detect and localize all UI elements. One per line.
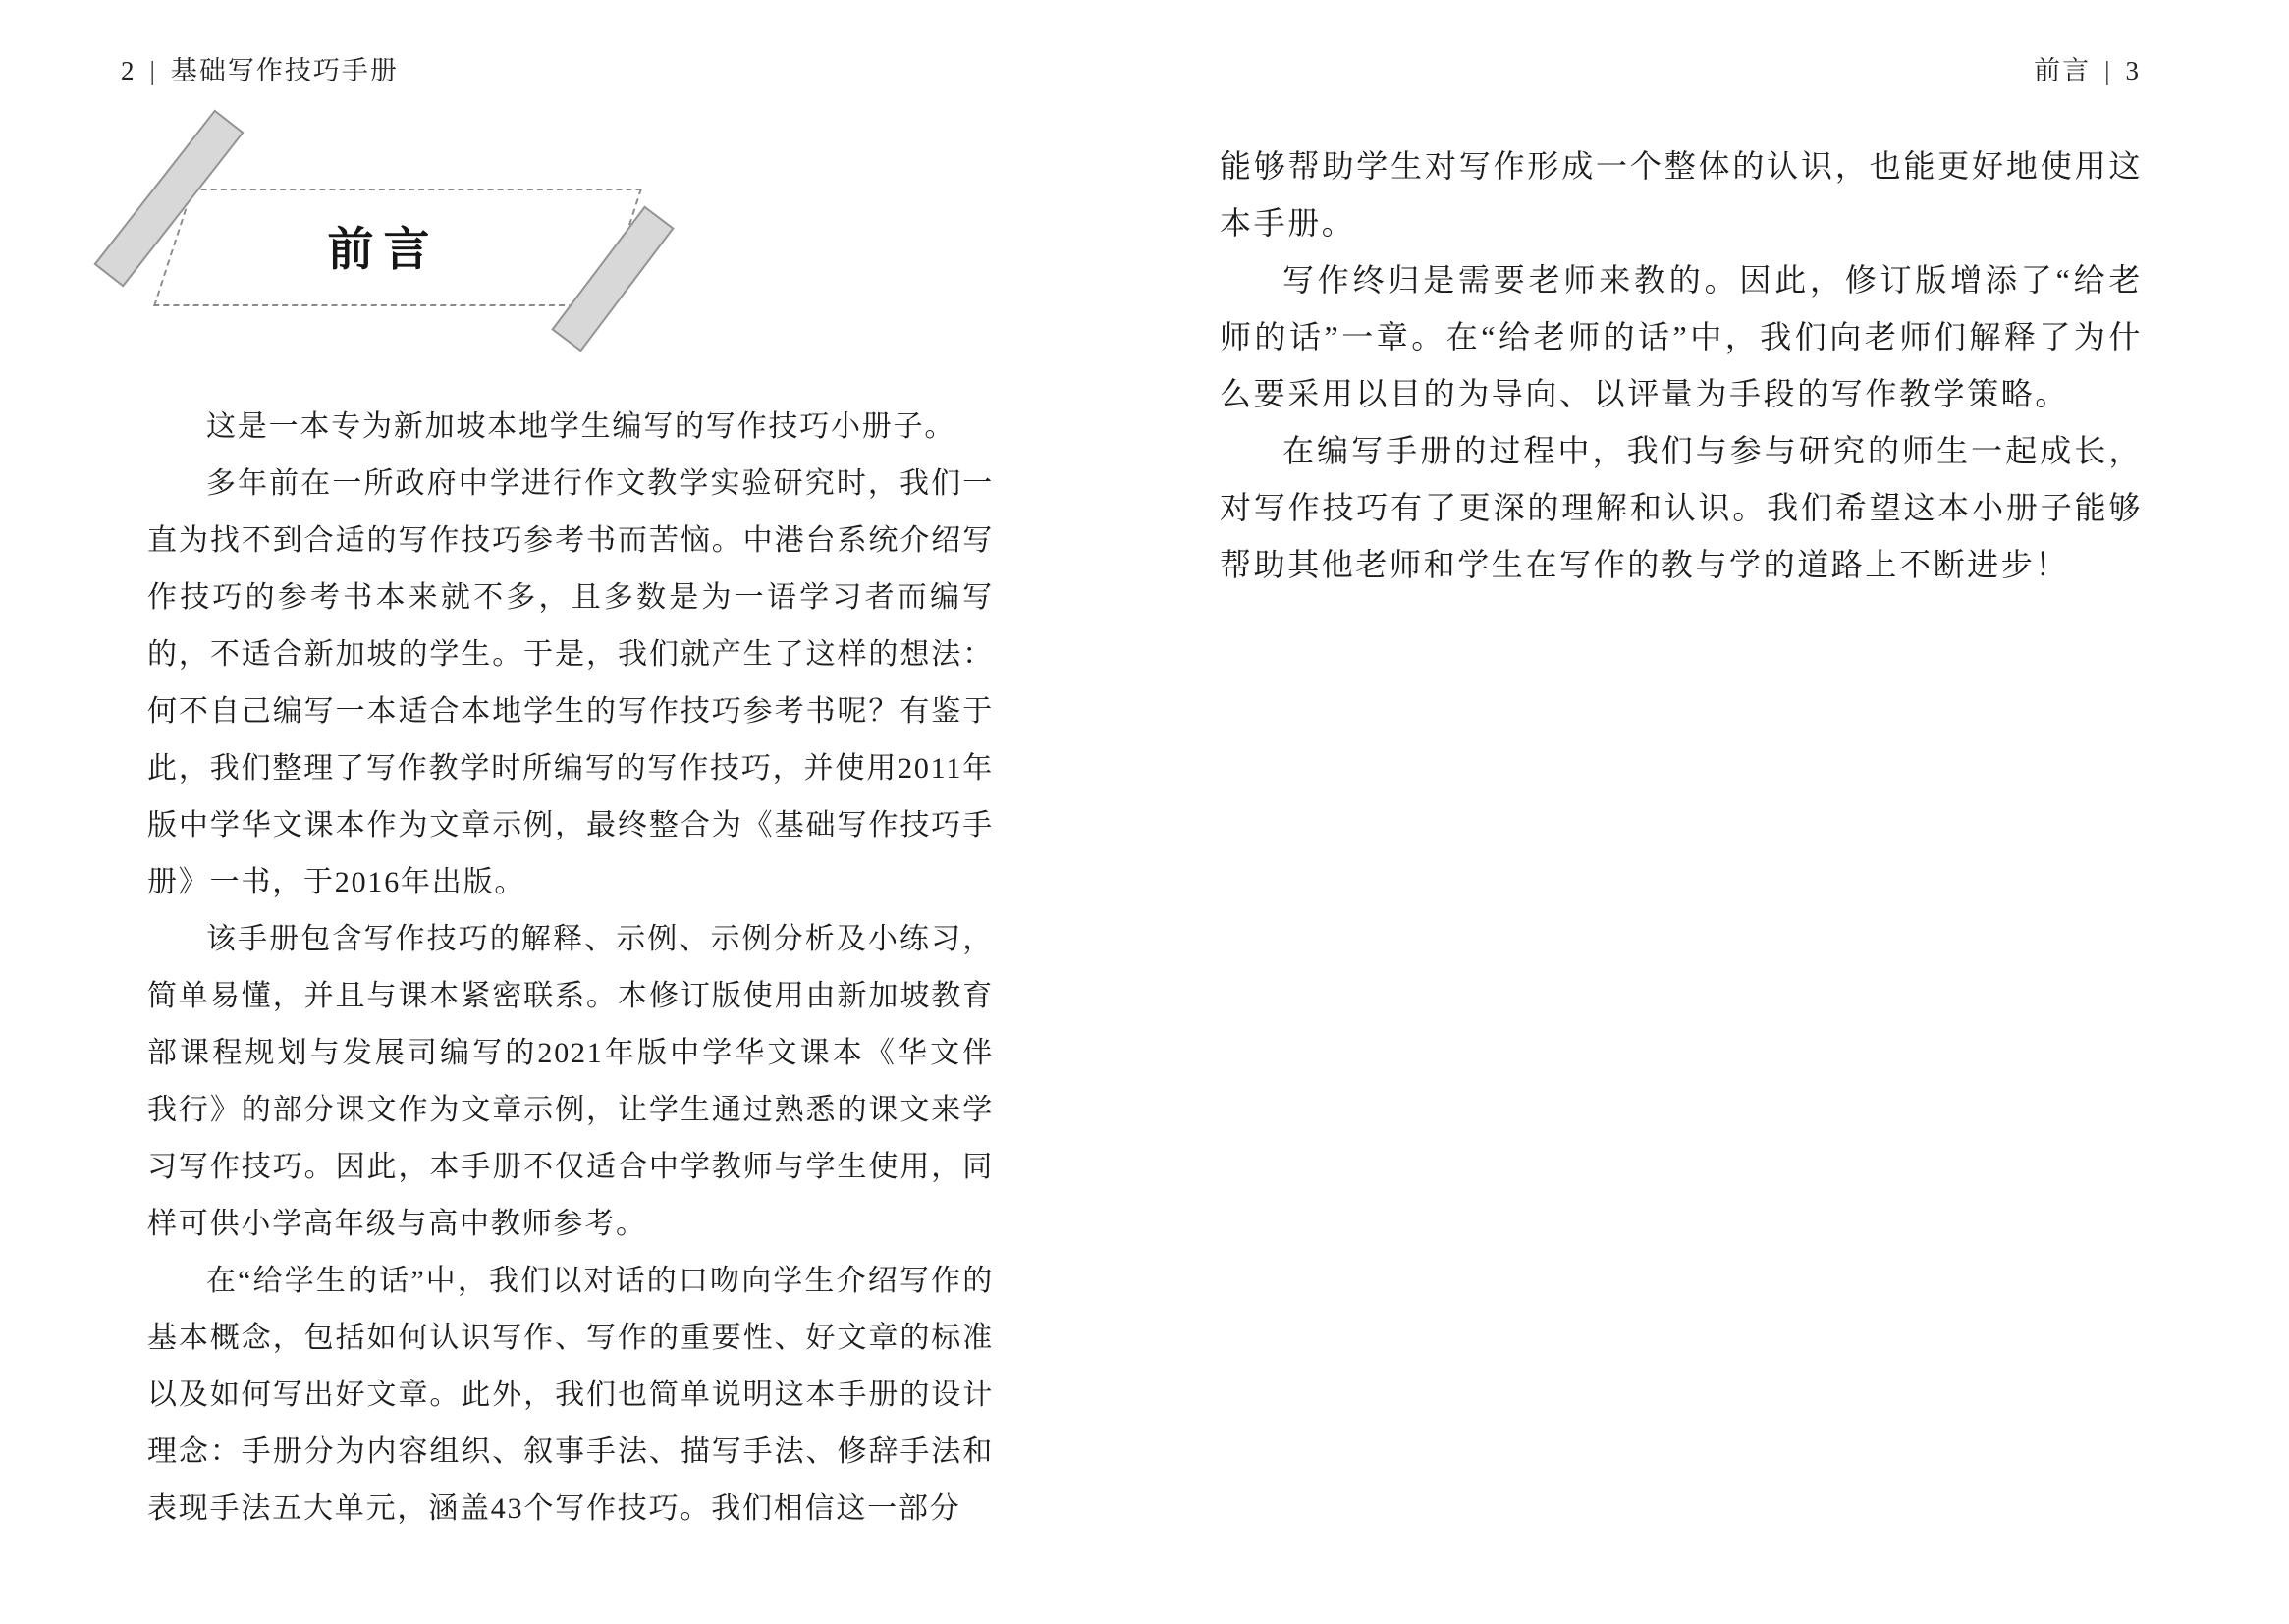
right-page-number: 3: [2126, 56, 2142, 85]
book-title: 基础写作技巧手册: [171, 56, 399, 85]
paragraph: 多年前在一所政府中学进行作文教学实验研究时，我们一直为找不到合适的写作技巧参考书…: [147, 456, 994, 911]
paragraph: 在“给学生的话”中，我们以对话的口吻向学生介绍写作的基本概念，包括如何认识写作、…: [147, 1253, 994, 1538]
right-page-body: 能够帮助学生对写作形成一个整体的认识，也能更好地使用这本手册。 写作终归是需要老…: [1220, 137, 2143, 593]
paragraph: 能够帮助学生对写作形成一个整体的认识，也能更好地使用这本手册。: [1220, 137, 2143, 251]
paragraph: 在编写手册的过程中，我们与参与研究的师生一起成长，对写作技巧有了更深的理解和认识…: [1220, 422, 2143, 593]
left-page-number: 2: [121, 56, 136, 85]
section-title: 前言: [2034, 56, 2091, 85]
paragraph: 这是一本专为新加坡本地学生编写的写作技巧小册子。: [147, 399, 994, 456]
header-separator: |: [2104, 56, 2111, 86]
header-separator: |: [150, 56, 157, 86]
left-running-head: 2|基础写作技巧手册: [121, 49, 399, 87]
paragraph: 写作终归是需要老师来教的。因此，修订版增添了“给老师的话”一章。在“给老师的话”…: [1220, 251, 2143, 422]
left-page-body: 这是一本专为新加坡本地学生编写的写作技巧小册子。 多年前在一所政府中学进行作文教…: [147, 399, 994, 1538]
right-running-head: 前言|3: [2034, 49, 2141, 87]
paragraph: 该手册包含写作技巧的解释、示例、示例分析及小练习，简单易懂，并且与课本紧密联系。…: [147, 911, 994, 1253]
chapter-title: 前言: [155, 189, 602, 302]
